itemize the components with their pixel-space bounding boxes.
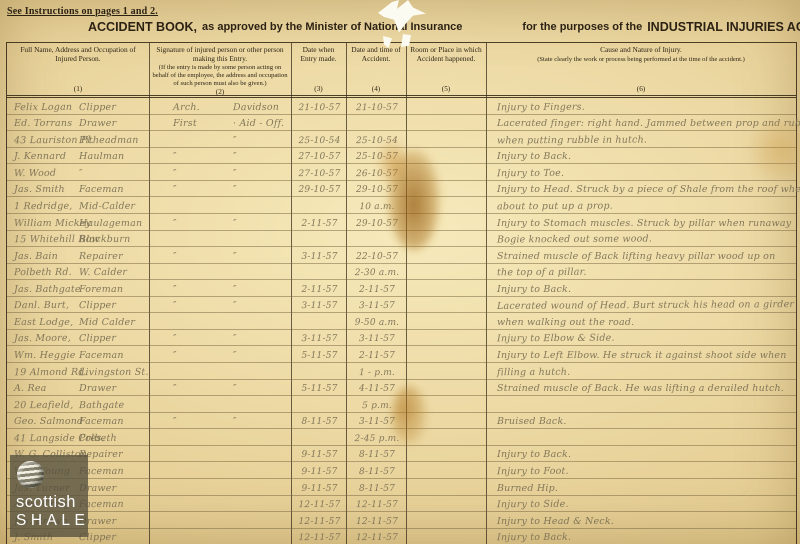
entry-signature: ″ bbox=[233, 218, 237, 229]
table-row: J. SmithClipper12-11-5712-11-57Injury to… bbox=[7, 529, 796, 544]
entry-accident-date: 8-11-57 bbox=[347, 450, 407, 460]
entry-signature: ″ bbox=[233, 151, 237, 162]
entry-signature: ″ bbox=[173, 251, 177, 262]
entry-name: Wm. Heggie bbox=[14, 350, 76, 361]
title-accident-book: ACCIDENT BOOK, bbox=[88, 20, 197, 34]
table-row: Jas. BathgateForeman″″2-11-572-11-57Inju… bbox=[7, 280, 796, 297]
entry-occupation: Clipper bbox=[79, 300, 116, 311]
entry-occupation: Bathgate bbox=[79, 400, 124, 411]
accident-register-table: Full Name, Address and Occupation of Inj… bbox=[6, 42, 797, 544]
entry-signature: ″ bbox=[173, 151, 177, 162]
entry-accident-date: 22-10-57 bbox=[347, 252, 407, 262]
entry-signature: ″ bbox=[233, 383, 237, 394]
entry-signature: ″ bbox=[233, 350, 237, 361]
table-row: Jas. TurnerDrawer9-11-578-11-57Burned Hi… bbox=[7, 479, 796, 496]
entry-date-made: 9-11-57 bbox=[292, 467, 347, 477]
entry-occupation: Clipper bbox=[79, 101, 116, 112]
entry-date-made: 3-11-57 bbox=[292, 252, 347, 262]
table-row: Felix LoganClipperArch.Davidson21-10-572… bbox=[7, 98, 796, 115]
entry-date-made: 27-10-57 bbox=[292, 169, 347, 179]
entry-injury-cause: Strained muscle of Back lifting heavy pi… bbox=[497, 251, 775, 262]
entry-injury-cause: Injury to Side. bbox=[497, 499, 569, 510]
entry-injury-cause: Injury to Back. bbox=[497, 284, 571, 295]
title-act-name: INDUSTRIAL INJURIES ACT, 1946. bbox=[647, 20, 800, 34]
entry-occupation: Faceman bbox=[79, 350, 124, 361]
entry-signature: ″ bbox=[233, 168, 237, 179]
entry-accident-date: 12-11-57 bbox=[347, 517, 407, 527]
instructions-note: See Instructions on pages 1 and 2. bbox=[7, 6, 158, 17]
entry-injury-cause: Injury to Head & Neck. bbox=[497, 516, 614, 527]
entry-name: A. Rea bbox=[14, 383, 47, 394]
entry-signature: ″ bbox=[173, 184, 177, 195]
table-row: Danl. Burt,Clipper″″3-11-573-11-57Lacera… bbox=[7, 297, 796, 314]
entry-date-made: 8-11-57 bbox=[292, 417, 347, 427]
entry-name: Jas. Bain bbox=[14, 251, 58, 262]
entry-injury-cause: the top of a pillar. bbox=[497, 267, 587, 279]
column-header-entry-date: Date when Entry made. (3) bbox=[291, 43, 346, 95]
entry-name: 19 Almond Rd. bbox=[14, 366, 88, 377]
entry-injury-cause: filling a hutch. bbox=[497, 366, 570, 377]
entry-occupation: W. Calder bbox=[79, 267, 127, 278]
entry-injury-cause: Injury to Back. bbox=[497, 532, 571, 543]
entry-occupation: Pitheadman bbox=[79, 135, 139, 146]
entry-occupation: Faceman bbox=[79, 416, 124, 427]
entry-accident-date: 3-11-57 bbox=[347, 301, 407, 311]
entry-accident-date: 21-10-57 bbox=[347, 102, 407, 112]
entry-name: Danl. Burt, bbox=[14, 300, 69, 311]
entry-name: Ed. Torrans bbox=[14, 118, 72, 129]
entry-occupation: Livingston St. bbox=[79, 366, 149, 377]
table-row: East Lodge,Mid Calder9-50 a.m.when walki… bbox=[7, 313, 796, 330]
entry-injury-cause: when putting rubble in hutch. bbox=[497, 134, 647, 146]
entry-accident-date: 2-30 a.m. bbox=[347, 268, 407, 278]
entry-accident-date: 12-11-57 bbox=[347, 500, 407, 510]
table-row: 19 Almond Rd.Livingston St.1 - p.m.filli… bbox=[7, 363, 796, 380]
entry-date-made: 2-11-57 bbox=[292, 285, 347, 295]
entry-date-made: 5-11-57 bbox=[292, 384, 347, 394]
entry-date-made: 5-11-57 bbox=[292, 351, 347, 361]
entry-injury-cause: Burned Hip. bbox=[497, 483, 558, 494]
entry-injury-cause: Lacerated wound of Head. Burt struck his… bbox=[497, 299, 794, 312]
entry-injury-cause: Injury to Foot. bbox=[497, 466, 569, 477]
title-purposes-text: for the purposes of the bbox=[522, 21, 642, 34]
accident-book-scanned-page: See Instructions on pages 1 and 2. ACCID… bbox=[0, 0, 800, 544]
entry-date-made: 9-11-57 bbox=[292, 450, 347, 460]
table-row: Ed. TorransDrawerFirst· Aid - Off.Lacera… bbox=[7, 115, 796, 132]
entry-date-made: 3-11-57 bbox=[292, 301, 347, 311]
scottish-shale-watermark: scottish SHALE bbox=[10, 455, 88, 537]
entry-name: 1 Redridge, bbox=[14, 201, 73, 212]
entry-date-made: 21-10-57 bbox=[292, 102, 347, 112]
entry-date-made: 2-11-57 bbox=[292, 219, 347, 229]
entry-injury-cause: Injury to Head. Struck by a piece of Sha… bbox=[497, 184, 800, 195]
entry-date-made: 25-10-54 bbox=[292, 136, 347, 146]
entry-injury-cause: Lacerated finger: right hand. Jammed bet… bbox=[497, 118, 800, 129]
table-row: Jas. BainRepairer″″3-11-5722-10-57Strain… bbox=[7, 247, 796, 264]
entry-occupation: Mid-Calder bbox=[79, 201, 135, 212]
entry-date-made: 12-11-57 bbox=[292, 517, 347, 527]
watermark-text-scottish: scottish bbox=[16, 493, 76, 512]
entry-signature: First bbox=[173, 118, 197, 129]
entry-signature: Davidson bbox=[233, 101, 279, 112]
entry-accident-date: 3-11-57 bbox=[347, 334, 407, 344]
table-header-row: Full Name, Address and Occupation of Inj… bbox=[7, 43, 796, 98]
entry-occupation: Haulageman bbox=[79, 218, 142, 229]
entry-injury-cause: about to put up a prop. bbox=[497, 201, 613, 213]
entry-occupation: Clipper bbox=[79, 333, 116, 344]
entry-accident-date: 2-11-57 bbox=[347, 285, 407, 295]
column-header-accident-date: Date and time of Accident. (4) bbox=[346, 43, 406, 95]
page-title: ACCIDENT BOOK, as approved by the Minist… bbox=[88, 20, 780, 34]
entry-accident-date: 9-50 a.m. bbox=[347, 318, 407, 328]
table-row: Wm. HeggieFaceman″″5-11-572-11-57Injury … bbox=[7, 346, 796, 363]
entry-occupation: Faceman bbox=[79, 184, 124, 195]
entry-signature: Arch. bbox=[173, 101, 200, 112]
column-header-signature: Signature of injured person or other per… bbox=[149, 43, 291, 95]
entry-occupation: Drawer bbox=[79, 383, 116, 394]
column-header-cause: Cause and Nature of Injury. (State clear… bbox=[486, 43, 796, 95]
entry-signature: ″ bbox=[173, 350, 177, 361]
entry-date-made: 27-10-57 bbox=[292, 152, 347, 162]
title-approved-text: as approved by the Minister of National … bbox=[202, 21, 462, 34]
entry-signature: ″ bbox=[233, 416, 237, 427]
table-row: Jas. Moore,Clipper″″3-11-573-11-57Injury… bbox=[7, 330, 796, 347]
entry-name: Polbeth Rd. bbox=[14, 267, 72, 278]
entry-occupation: Polbeth bbox=[79, 433, 117, 444]
entry-accident-date: 1 - p.m. bbox=[347, 367, 407, 377]
table-row: Alex. CraigFaceman12-11-5712-11-57Injury… bbox=[7, 496, 796, 513]
entry-accident-date: 8-11-57 bbox=[347, 484, 407, 494]
entry-occupation: Foreman bbox=[79, 284, 123, 295]
entry-signature: ″ bbox=[173, 383, 177, 394]
column-header-place: Room or Place in which Accident happened… bbox=[406, 43, 486, 95]
entry-injury-cause: Injury to Stomach muscles. Struck by pil… bbox=[497, 218, 791, 229]
entry-occupation: Haulman bbox=[79, 151, 124, 162]
entry-signature: ″ bbox=[233, 284, 237, 295]
entry-name: W. Wood bbox=[14, 168, 56, 179]
entry-accident-date: 2-11-57 bbox=[347, 351, 407, 361]
entry-signature: ″ bbox=[173, 284, 177, 295]
entry-date-made: 29-10-57 bbox=[292, 185, 347, 195]
entry-name: Jas. Smith bbox=[14, 184, 65, 195]
entry-injury-cause: Bruised Back. bbox=[497, 416, 567, 427]
entry-signature: · Aid - Off. bbox=[233, 118, 284, 129]
entry-injury-cause: Strained muscle of Back. He was lifting … bbox=[497, 383, 784, 394]
entry-occupation: Drawer bbox=[79, 118, 116, 129]
ink-stain bbox=[378, 140, 408, 186]
entry-injury-cause: Injury to Back. bbox=[497, 449, 571, 460]
entry-injury-cause: Bogie knocked out some wood. bbox=[497, 234, 652, 246]
entry-signature: ″ bbox=[233, 300, 237, 311]
entry-injury-cause: when walking out the road. bbox=[497, 317, 634, 328]
table-row: Jas. BrownDrawer12-11-5712-11-57Injury t… bbox=[7, 512, 796, 529]
entry-signature: ″ bbox=[173, 300, 177, 311]
entry-occupation: Repairer bbox=[79, 251, 123, 262]
entry-name: Geo. Salmond bbox=[14, 416, 83, 427]
entry-name: J. Kennard bbox=[14, 151, 66, 162]
entry-injury-cause: Injury to Fingers. bbox=[497, 101, 585, 113]
entry-name: East Lodge, bbox=[14, 317, 73, 328]
entry-signature: ″ bbox=[173, 168, 177, 179]
entry-date-made: 12-11-57 bbox=[292, 533, 347, 543]
entry-accident-date: 8-11-57 bbox=[347, 467, 407, 477]
entry-occupation: Blackburn bbox=[79, 234, 130, 245]
entry-occupation: ″ bbox=[79, 168, 83, 179]
shale-bing-sphere-icon bbox=[17, 461, 44, 488]
entry-signature: ″ bbox=[233, 184, 237, 195]
table-row: Wm. YoungFaceman9-11-578-11-57Injury to … bbox=[7, 462, 796, 479]
ink-stain bbox=[392, 386, 426, 444]
table-row: Polbeth Rd.W. Calder2-30 a.m.the top of … bbox=[7, 264, 796, 281]
entry-accident-date: 12-11-57 bbox=[347, 533, 407, 543]
entry-signature: ″ bbox=[173, 416, 177, 427]
entry-occupation: Mid Calder bbox=[79, 317, 135, 328]
entry-date-made: 9-11-57 bbox=[292, 484, 347, 494]
entry-name: 20 Leafield, bbox=[14, 400, 73, 411]
entry-injury-cause: Injury to Toe. bbox=[497, 168, 564, 179]
column-header-name: Full Name, Address and Occupation of Inj… bbox=[7, 43, 149, 95]
entry-name: Felix Logan bbox=[14, 101, 72, 112]
entry-signature: ″ bbox=[173, 333, 177, 344]
table-row: W. G. CollistonRepairer9-11-578-11-57Inj… bbox=[7, 446, 796, 463]
watermark-text-shale: SHALE bbox=[16, 512, 89, 530]
entry-signature: ″ bbox=[233, 251, 237, 262]
entry-signature: ″ bbox=[173, 218, 177, 229]
entry-signature: ″ bbox=[233, 135, 237, 146]
entry-date-made: 3-11-57 bbox=[292, 334, 347, 344]
entry-injury-cause: Injury to Left Elbow. He struck it again… bbox=[497, 350, 787, 361]
entry-name: Jas. Bathgate bbox=[14, 284, 81, 295]
entry-injury-cause: Injury to Back. bbox=[497, 151, 571, 162]
entry-signature: ″ bbox=[233, 333, 237, 344]
entry-name: Jas. Moore, bbox=[14, 333, 71, 344]
entry-date-made: 12-11-57 bbox=[292, 500, 347, 510]
entry-injury-cause: Injury to Elbow & Side. bbox=[497, 333, 615, 345]
